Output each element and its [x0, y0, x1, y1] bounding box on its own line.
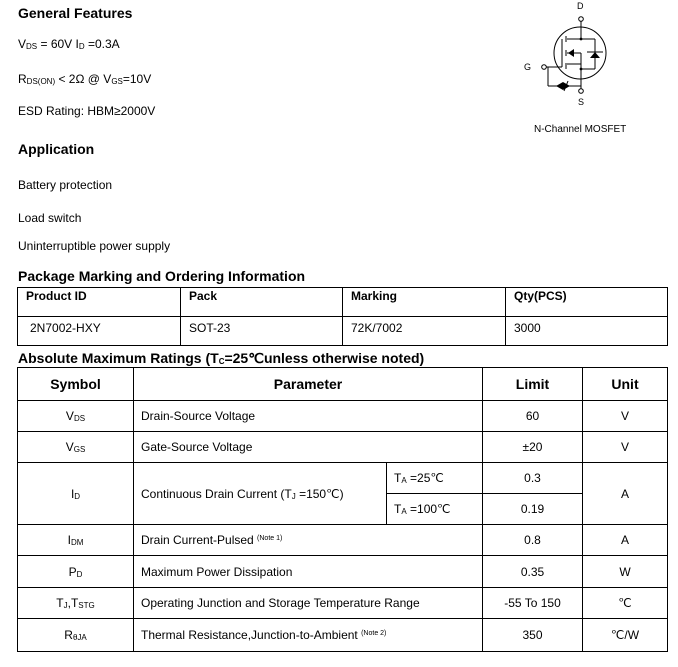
symbol: IDM	[18, 525, 134, 556]
limit: 60	[483, 401, 583, 432]
qty: 3000	[506, 317, 668, 346]
header-qty: Qty(PCS)	[506, 288, 668, 317]
parameter: Thermal Resistance,Junction-to-Ambient (…	[134, 619, 483, 652]
ratings-header-row: Symbol Parameter Limit Unit	[18, 368, 668, 401]
package-header-row: Product ID Pack Marking Qty(PCS)	[18, 288, 668, 317]
symbol: VGS	[18, 432, 134, 463]
table-row: IDM Drain Current-Pulsed (Note 1) 0.8 A	[18, 525, 668, 556]
drain-label: D	[577, 1, 584, 11]
n-channel-mosfet-icon	[520, 0, 670, 140]
table-row: 2N7002-HXY SOT-23 72K/7002 3000	[18, 317, 668, 346]
unit: W	[583, 556, 668, 588]
parameter: Operating Junction and Storage Temperatu…	[134, 588, 483, 619]
parameter: Maximum Power Dissipation	[134, 556, 483, 588]
limit: 0.3	[483, 463, 583, 494]
application-title: Application	[18, 141, 94, 157]
parameter: Gate-Source Voltage	[134, 432, 483, 463]
symbol: RθJA	[18, 619, 134, 652]
header-parameter: Parameter	[134, 368, 483, 401]
pack: SOT-23	[181, 317, 343, 346]
limit: 0.19	[483, 494, 583, 525]
unit: ℃/W	[583, 619, 668, 652]
gate-label: G	[524, 62, 531, 72]
table-row: VDS Drain-Source Voltage 60 V	[18, 401, 668, 432]
package-title: Package Marking and Ordering Information	[18, 268, 305, 284]
unit: V	[583, 401, 668, 432]
limit: -55 To 150	[483, 588, 583, 619]
header-unit: Unit	[583, 368, 668, 401]
marking: 72K/7002	[343, 317, 506, 346]
symbol: TJ,TSTG	[18, 588, 134, 619]
feature-esd: ESD Rating: HBM≥2000V	[18, 104, 155, 118]
parameter: Continuous Drain Current (TJ =150℃)	[134, 463, 387, 525]
ratings-title: Absolute Maximum Ratings (TC=25℃unless o…	[18, 350, 424, 367]
mosfet-symbol: D G S N-Channel MOSFET	[520, 0, 670, 140]
ratings-table: Symbol Parameter Limit Unit VDS Drain-So…	[17, 367, 668, 652]
mosfet-caption: N-Channel MOSFET	[534, 124, 626, 135]
header-pack: Pack	[181, 288, 343, 317]
table-row: VGS Gate-Source Voltage ±20 V	[18, 432, 668, 463]
feature-rdson: RDS(ON) < 2Ω @ VGS=10V	[18, 72, 151, 86]
parameter: Drain-Source Voltage	[134, 401, 483, 432]
general-features-title: General Features	[18, 5, 132, 21]
table-row: PD Maximum Power Dissipation 0.35 W	[18, 556, 668, 588]
unit: A	[583, 463, 668, 525]
limit: ±20	[483, 432, 583, 463]
unit: V	[583, 432, 668, 463]
limit: 350	[483, 619, 583, 652]
unit: A	[583, 525, 668, 556]
header-limit: Limit	[483, 368, 583, 401]
application-item: Uninterruptible power supply	[18, 239, 170, 253]
header-symbol: Symbol	[18, 368, 134, 401]
limit: 0.35	[483, 556, 583, 588]
application-item: Battery protection	[18, 178, 112, 192]
symbol: ID	[18, 463, 134, 525]
product-id: 2N7002-HXY	[18, 317, 181, 346]
feature-vds-id: VDS = 60V ID =0.3A	[18, 37, 120, 51]
header-marking: Marking	[343, 288, 506, 317]
parameter: Drain Current-Pulsed (Note 1)	[134, 525, 483, 556]
table-row: RθJA Thermal Resistance,Junction-to-Ambi…	[18, 619, 668, 652]
unit: ℃	[583, 588, 668, 619]
condition: TA =25℃	[387, 463, 483, 494]
symbol: VDS	[18, 401, 134, 432]
header-product-id: Product ID	[18, 288, 181, 317]
table-row: ID Continuous Drain Current (TJ =150℃) T…	[18, 463, 668, 494]
source-label: S	[578, 97, 584, 107]
limit: 0.8	[483, 525, 583, 556]
package-table: Product ID Pack Marking Qty(PCS) 2N7002-…	[17, 287, 668, 346]
condition: TA =100℃	[387, 494, 483, 525]
application-item: Load switch	[18, 211, 81, 225]
table-row: TJ,TSTG Operating Junction and Storage T…	[18, 588, 668, 619]
symbol: PD	[18, 556, 134, 588]
